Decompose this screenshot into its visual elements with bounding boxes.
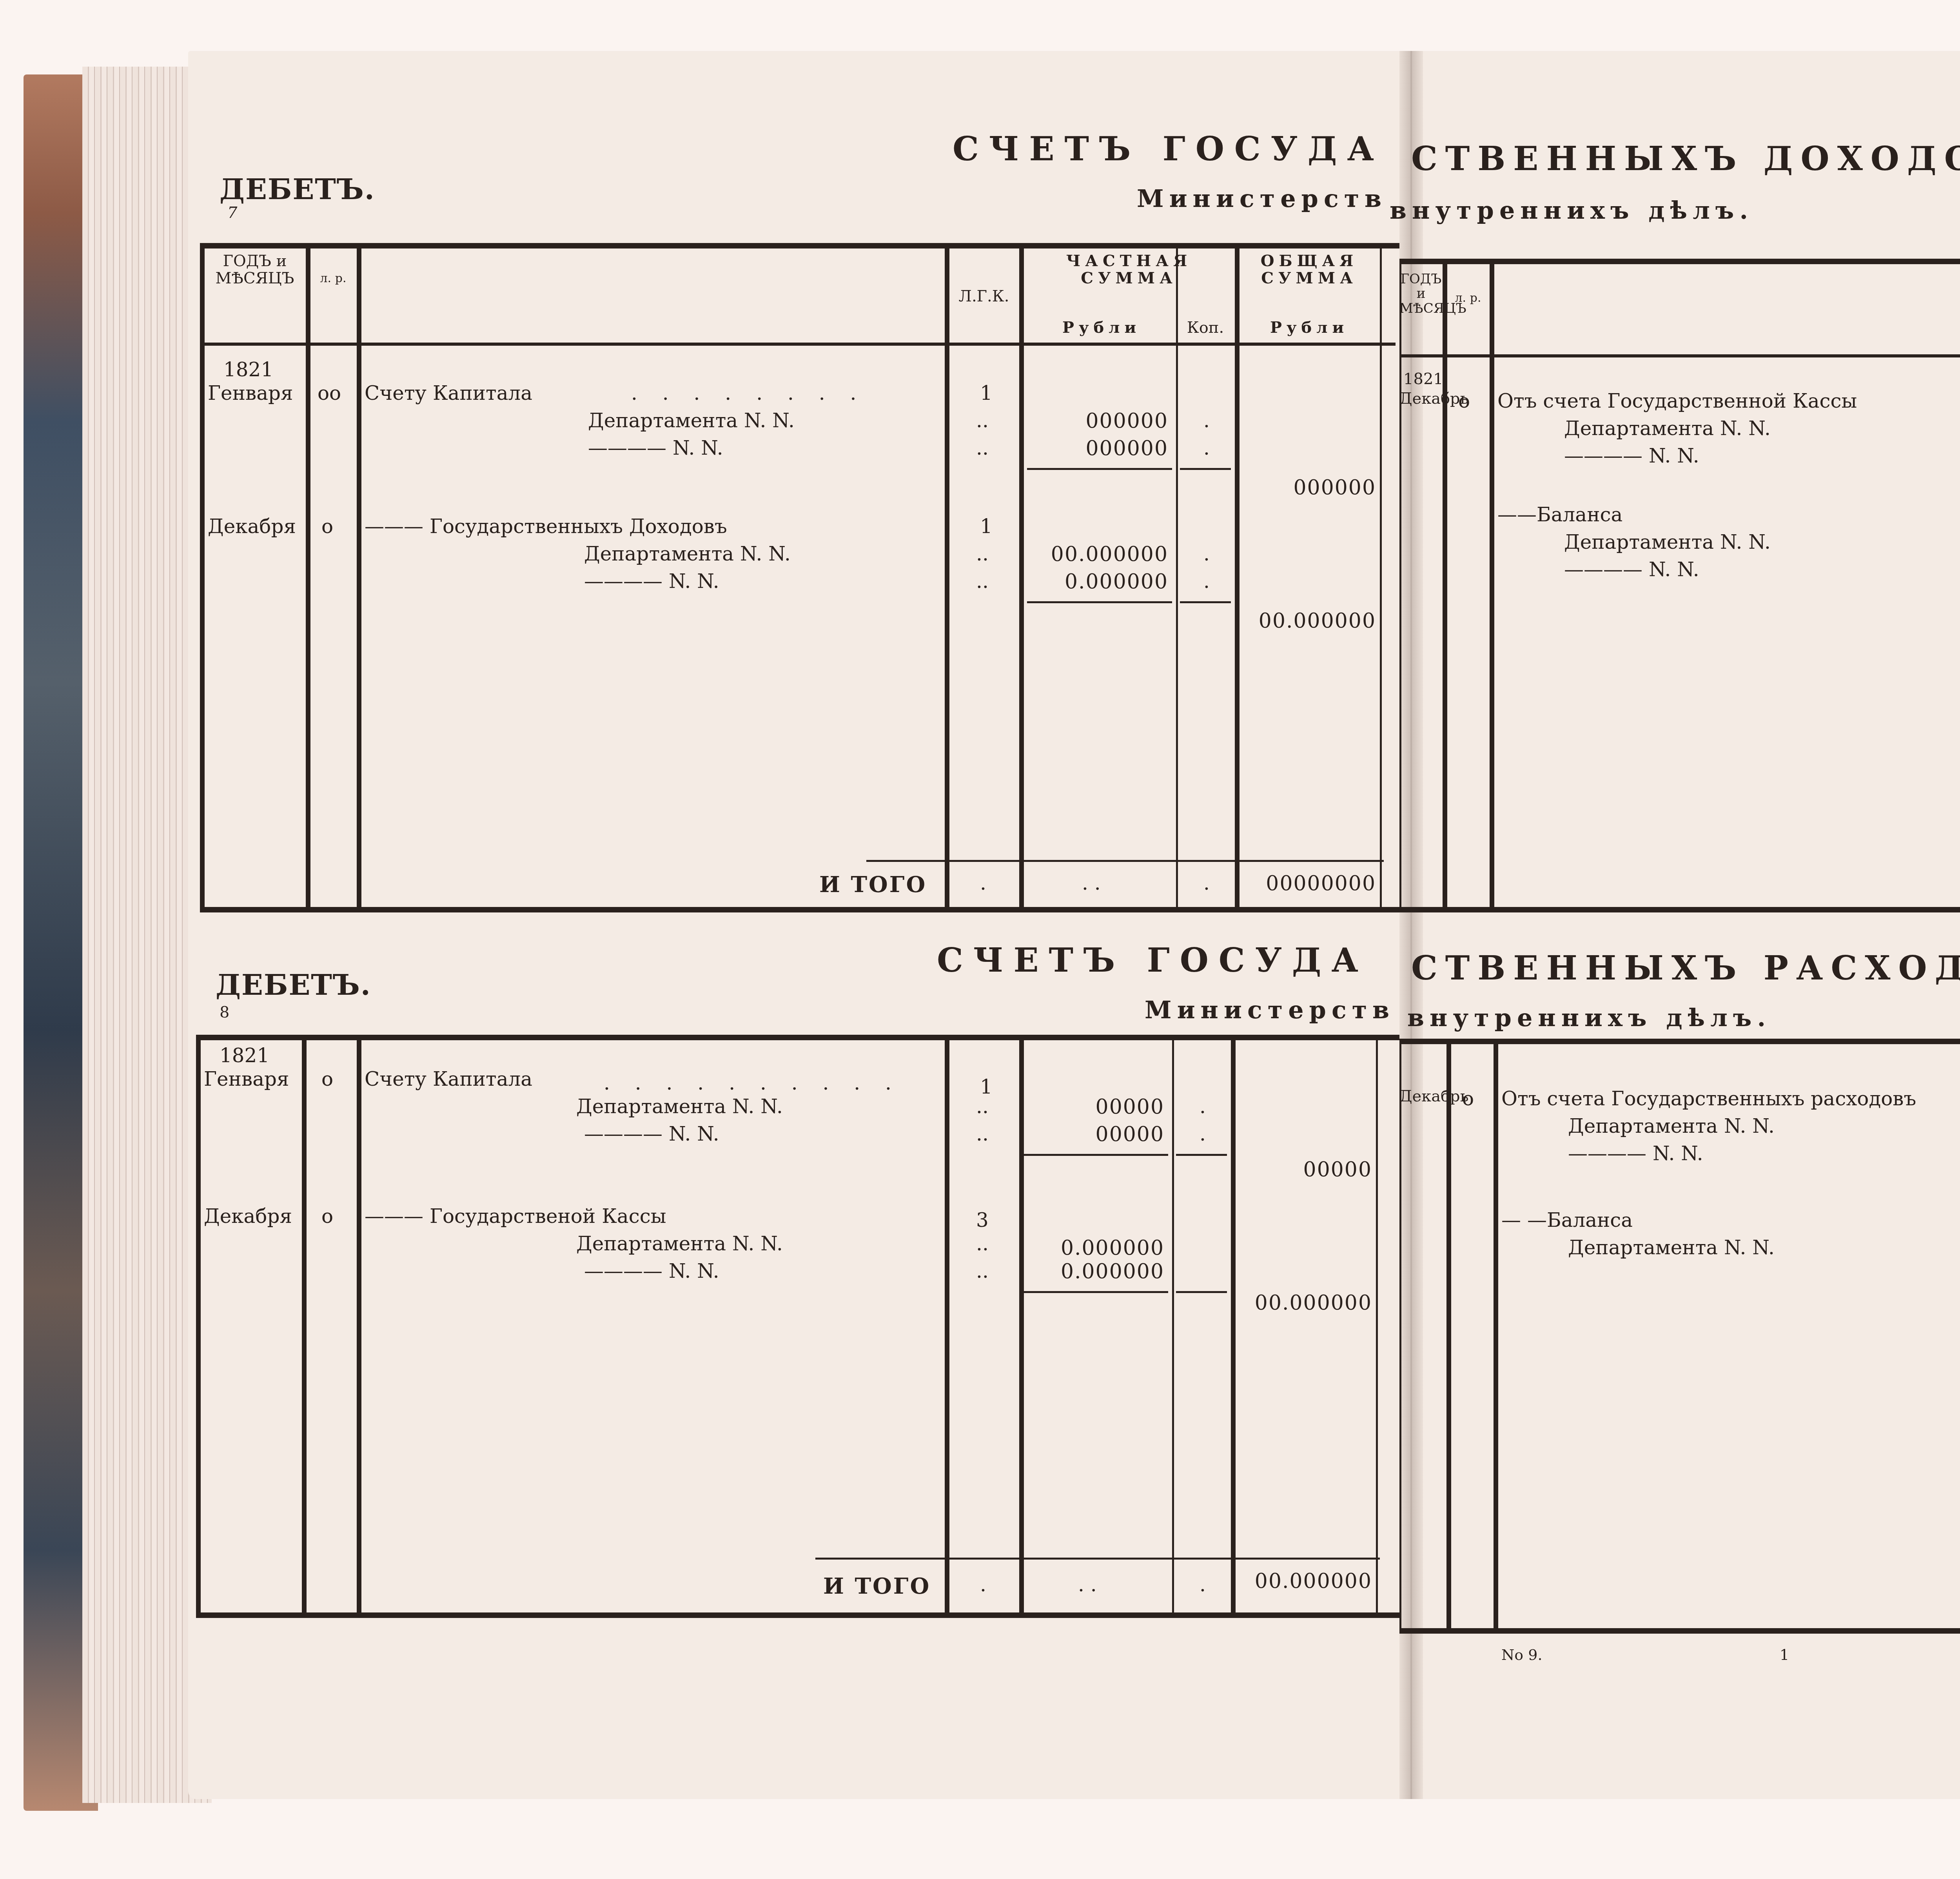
header-year-month: ГОДЪ и МѢСЯЦЪ bbox=[204, 252, 306, 287]
partial-rubles: 00000 bbox=[1023, 1095, 1164, 1119]
entry-description: ———— N. N. bbox=[1564, 558, 1699, 581]
month: Декабря bbox=[204, 1205, 292, 1228]
revenue-subtitle-left: Министерств bbox=[1137, 184, 1387, 213]
revenue-page-number-left: 7 bbox=[227, 204, 237, 222]
entry-description: Департамента N. N. bbox=[576, 1232, 783, 1255]
year: 1821 bbox=[223, 358, 273, 381]
entry-description: ———— N. N. bbox=[584, 570, 719, 593]
revenue-subtitle-right: внутреннихъ дѣлъ. bbox=[1390, 196, 1753, 225]
expense-subtitle-right: внутреннихъ дѣлъ. bbox=[1407, 1003, 1771, 1032]
partial-rubles: 000000 bbox=[1027, 409, 1168, 433]
entry-description: Департамента N. N. bbox=[1568, 1236, 1775, 1259]
header-rubles: Рубли bbox=[1027, 319, 1176, 336]
expense-debit-label: ДЕБЕТЪ. bbox=[216, 968, 371, 1001]
signature-mark: No 9. bbox=[1501, 1646, 1542, 1663]
expense-title-right: СТВЕННЫХЪ РАСХОДОВЪ. bbox=[1411, 949, 1960, 987]
expense-title-left: СЧЕТЪ ГОСУДА bbox=[937, 941, 1368, 979]
entry-description: Департамента N. N. bbox=[1564, 417, 1771, 440]
revenue-debit-table: ГОДЪ и МѢСЯЦЪ л. р. Л.Г.К. ЧАСТНАЯ СУММА… bbox=[200, 243, 1399, 912]
partial-rubles: 0.000000 bbox=[1023, 1236, 1164, 1260]
header-lr: л. р. bbox=[312, 272, 355, 285]
total-rubles: 00000 bbox=[1235, 1158, 1372, 1181]
entry-description: Счету Капитала bbox=[365, 382, 532, 404]
year: 1821 bbox=[220, 1044, 269, 1067]
entry-description: ———— N. N. bbox=[584, 1260, 719, 1282]
entry-description: ———— N. N. bbox=[584, 1123, 719, 1145]
month: Генваря bbox=[208, 382, 293, 404]
entry-description: ———— N. N. bbox=[1564, 444, 1699, 467]
expense-debit-table: 1821 Генваря о Счету Капитала . . . . . … bbox=[196, 1035, 1399, 1618]
entry-description: Отъ счета Государственныхъ расходовъ bbox=[1501, 1087, 1916, 1110]
month: Декабря bbox=[208, 515, 296, 538]
entry-description: Департамента N. N. bbox=[588, 409, 795, 432]
revenue-title-left: СЧЕТЪ ГОСУДА bbox=[953, 129, 1384, 168]
entry-description: Департамента N. N. bbox=[1564, 531, 1771, 553]
lr-value: оо bbox=[318, 382, 341, 404]
entry-description: Счету Капитала bbox=[365, 1068, 532, 1090]
entry-description: Департамента N. N. bbox=[1568, 1115, 1775, 1137]
grand-total-rubles: 00000000 bbox=[1239, 872, 1376, 895]
entry-description: ———— N. N. bbox=[588, 437, 723, 459]
entry-description: Департамента N. N. bbox=[576, 1095, 783, 1118]
entry-description: ——— Государственныхъ Доходовъ bbox=[365, 515, 727, 538]
header-total-sum: ОБЩАЯ СУММА bbox=[1239, 252, 1380, 287]
partial-rubles: 00000 bbox=[1023, 1123, 1164, 1146]
total-rubles: 00.000000 bbox=[1235, 1291, 1372, 1315]
month: Декабрь bbox=[1399, 1087, 1469, 1105]
header-rubles-total: Рубли bbox=[1243, 319, 1376, 336]
partial-rubles: 00.000000 bbox=[1027, 542, 1168, 566]
revenue-title-right: СТВЕННЫХЪ ДОХОДОВЪ. bbox=[1411, 139, 1960, 178]
header-partial-sum: ЧАСТНАЯ СУММА bbox=[1023, 252, 1235, 287]
entry-description: ———— N. N. bbox=[1568, 1142, 1703, 1165]
total-label: И ТОГО bbox=[823, 1573, 931, 1599]
total-label: И ТОГО bbox=[819, 872, 927, 898]
revenue-credit-table: ГОДЪ и МѢСЯЦЪ л. р. Л.Г.К. ЧАСТНАЯ СУММА… bbox=[1399, 259, 1960, 912]
entry-description: — —Баланса bbox=[1501, 1209, 1633, 1232]
grand-total-rubles: 00.000000 bbox=[1235, 1569, 1372, 1593]
partial-rubles: 000000 bbox=[1027, 437, 1168, 460]
revenue-debit-label: ДЕБЕТЪ. bbox=[220, 172, 375, 206]
expense-subtitle-left: Министерств bbox=[1145, 996, 1395, 1024]
expense-credit-table: Декабрь о Отъ счета Государственныхъ рас… bbox=[1399, 1039, 1960, 1634]
expense-page-number-left: 8 bbox=[220, 1003, 229, 1021]
month: Генваря bbox=[204, 1068, 289, 1090]
total-rubles: 00.000000 bbox=[1239, 609, 1376, 633]
lgk-value: 1 bbox=[980, 382, 993, 404]
partial-rubles: 0.000000 bbox=[1027, 570, 1168, 593]
entry-description: ——— Государственой Кассы bbox=[365, 1205, 666, 1228]
entry-description: ——Баланса bbox=[1497, 503, 1622, 526]
total-rubles: 000000 bbox=[1239, 476, 1376, 499]
header-lgk: Л.Г.К. bbox=[949, 288, 1019, 305]
entry-description: Департамента N. N. bbox=[584, 542, 791, 565]
header-kop: Коп. bbox=[1178, 319, 1233, 336]
entry-description: Отъ счета Государственной Кассы bbox=[1497, 390, 1857, 412]
partial-rubles: 0.000000 bbox=[1023, 1260, 1164, 1283]
footer-mark: 1 bbox=[1780, 1646, 1789, 1663]
